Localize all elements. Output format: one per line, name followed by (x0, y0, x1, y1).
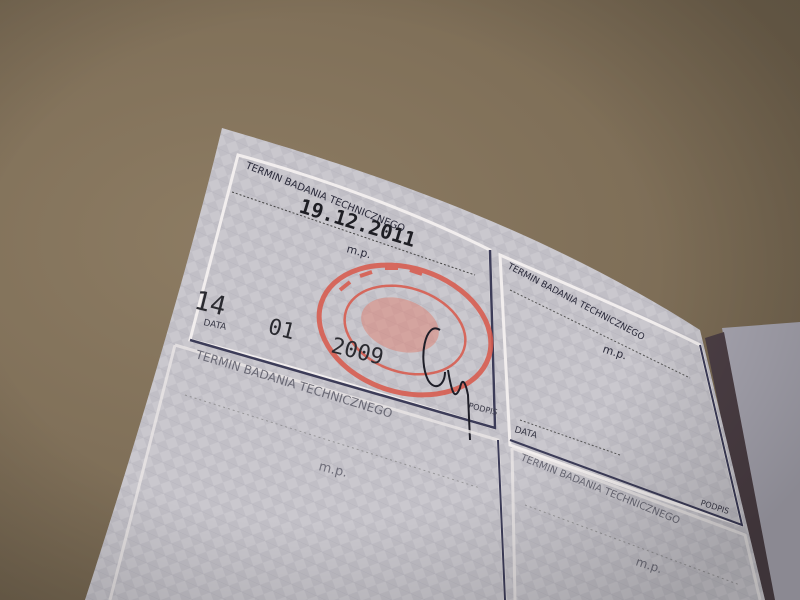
vignette-overlay (0, 0, 800, 600)
photo-scene: TERMIN BADANIA TECHNICZNEGO 19.12.2011 m… (0, 0, 800, 600)
